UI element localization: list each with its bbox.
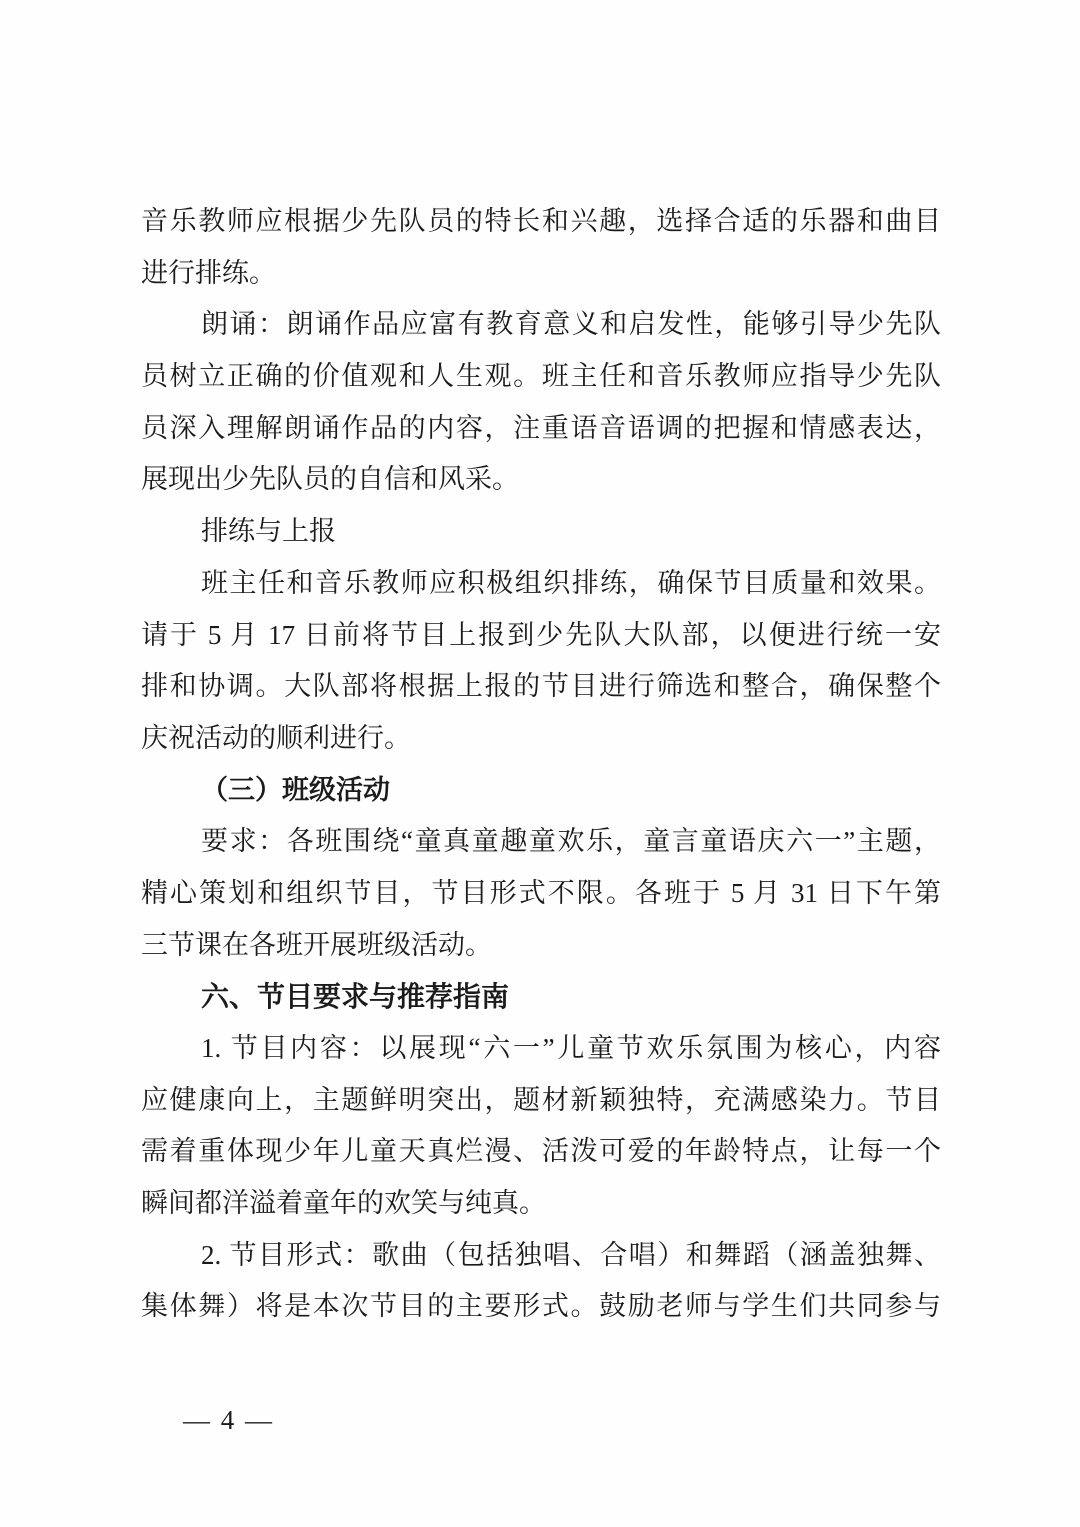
- text-line: 进行排练。: [141, 248, 941, 300]
- sub-section-heading: （三）班级活动: [141, 765, 941, 817]
- text-line: 1. 节目内容：以展现“六一”儿童节欢乐氛围为核心，内容: [141, 1023, 941, 1075]
- text-line: 展现出少先队员的自信和风采。: [141, 454, 941, 506]
- page-footer: — 4 —: [183, 1397, 274, 1443]
- text-line: 2. 节目形式：歌曲（包括独唱、合唱）和舞蹈（涵盖独舞、: [141, 1230, 941, 1282]
- text-line: 朗诵：朗诵作品应富有教育意义和启发性，能够引导少先队: [141, 299, 941, 351]
- text-line: 精心策划和组织节目，节目形式不限。各班于 5 月 31 日下午第: [141, 868, 941, 920]
- text-line: 请于 5 月 17 日前将节目上报到少先队大队部，以便进行统一安: [141, 610, 941, 662]
- text-line: 排和协调。大队部将根据上报的节目进行筛选和整合，确保整个: [141, 661, 941, 713]
- text-line: 瞬间都洋溢着童年的欢笑与纯真。: [141, 1178, 941, 1230]
- text-line: 排练与上报: [141, 506, 941, 558]
- text-line: 要求：各班围绕“童真童趣童欢乐，童言童语庆六一”主题，: [141, 816, 941, 868]
- text-line: 需着重体现少年儿童天真烂漫、活泼可爱的年龄特点，让每一个: [141, 1126, 941, 1178]
- text-line: 员深入理解朗诵作品的内容，注重语音语调的把握和情感表达，: [141, 403, 941, 455]
- text-line: 员树立正确的价值观和人生观。班主任和音乐教师应指导少先队: [141, 351, 941, 403]
- text-line: 集体舞）将是本次节目的主要形式。鼓励老师与学生们共同参与: [141, 1281, 941, 1333]
- text-line: 三节课在各班开展班级活动。: [141, 920, 941, 972]
- text-line: 应健康向上，主题鲜明突出，题材新颖独特，充满感染力。节目: [141, 1075, 941, 1127]
- document-page: 音乐教师应根据少先队员的特长和兴趣，选择合适的乐器和曲目进行排练。朗诵：朗诵作品…: [0, 0, 1080, 1527]
- document-body: 音乐教师应根据少先队员的特长和兴趣，选择合适的乐器和曲目进行排练。朗诵：朗诵作品…: [141, 196, 941, 1333]
- section-heading: 六、节目要求与推荐指南: [141, 971, 941, 1023]
- text-line: 庆祝活动的顺利进行。: [141, 713, 941, 765]
- text-line: 班主任和音乐教师应积极组织排练，确保节目质量和效果。: [141, 558, 941, 610]
- text-line: 音乐教师应根据少先队员的特长和兴趣，选择合适的乐器和曲目: [141, 196, 941, 248]
- page-number: — 4 —: [183, 1405, 274, 1435]
